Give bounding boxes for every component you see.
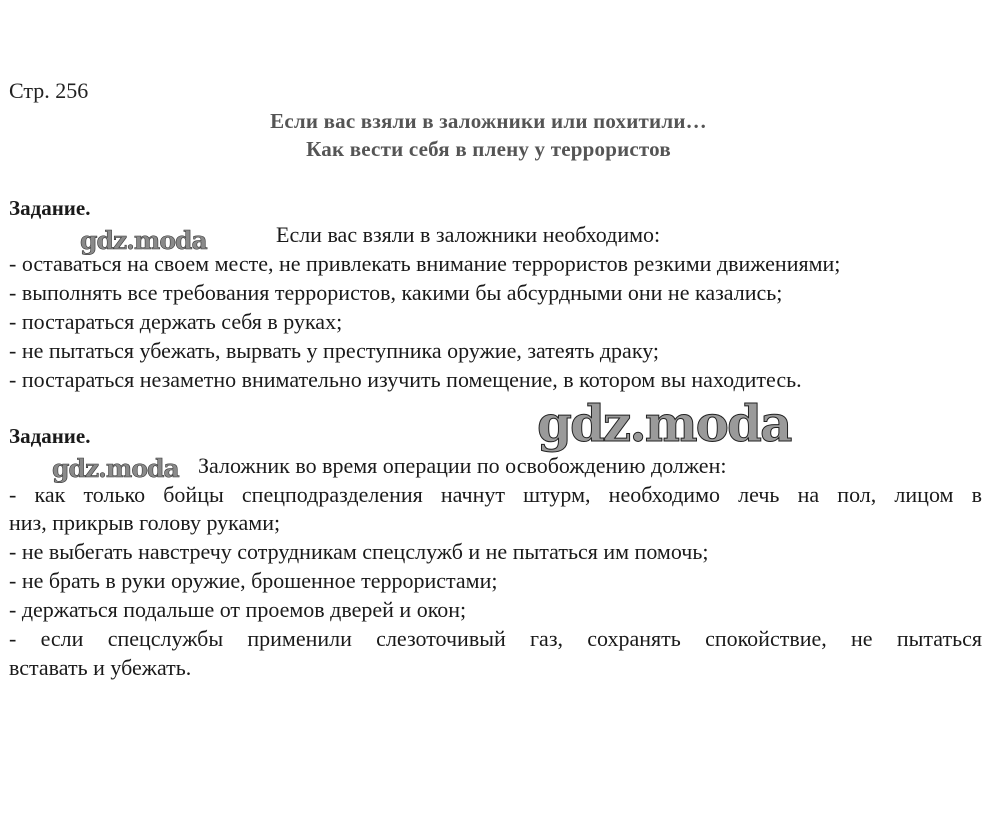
task-intro-2: Заложник во время операции по освобожден… bbox=[198, 453, 726, 479]
list-item: низ, прикрыв голову руками; bbox=[9, 510, 280, 536]
list-item: - постараться незаметно внимательно изуч… bbox=[9, 367, 802, 393]
title-line-1: Если вас взяли в заложники или похитили… bbox=[0, 109, 989, 134]
page-number: Стр. 256 bbox=[9, 78, 88, 104]
task-intro-1: Если вас взяли в заложники необходимо: bbox=[276, 222, 660, 248]
list-item: - не пытаться убежать, вырвать у преступ… bbox=[9, 338, 659, 364]
watermark-logo: gdz.moda bbox=[52, 454, 179, 483]
list-item: - выполнять все требования террористов, … bbox=[9, 280, 782, 306]
list-item: - не брать в руки оружие, брошенное терр… bbox=[9, 568, 497, 594]
task-heading-2: Задание. bbox=[9, 424, 90, 449]
list-item: - постараться держать себя в руках; bbox=[9, 309, 342, 335]
list-item: - как только бойцы спецподразделения нач… bbox=[9, 482, 982, 508]
list-item: - оставаться на своем месте, не привлека… bbox=[9, 251, 840, 277]
list-item: - если спецслужбы применили слезоточивый… bbox=[9, 626, 982, 652]
list-item: вставать и убежать. bbox=[9, 655, 191, 681]
task-heading-1: Задание. bbox=[9, 196, 90, 221]
watermark-logo-large: gdz.moda bbox=[537, 394, 790, 453]
list-item: - держаться подальше от проемов дверей и… bbox=[9, 597, 466, 623]
title-line-2: Как вести себя в плену у террористов bbox=[0, 137, 989, 162]
list-item: - не выбегать навстречу сотрудникам спец… bbox=[9, 539, 708, 565]
